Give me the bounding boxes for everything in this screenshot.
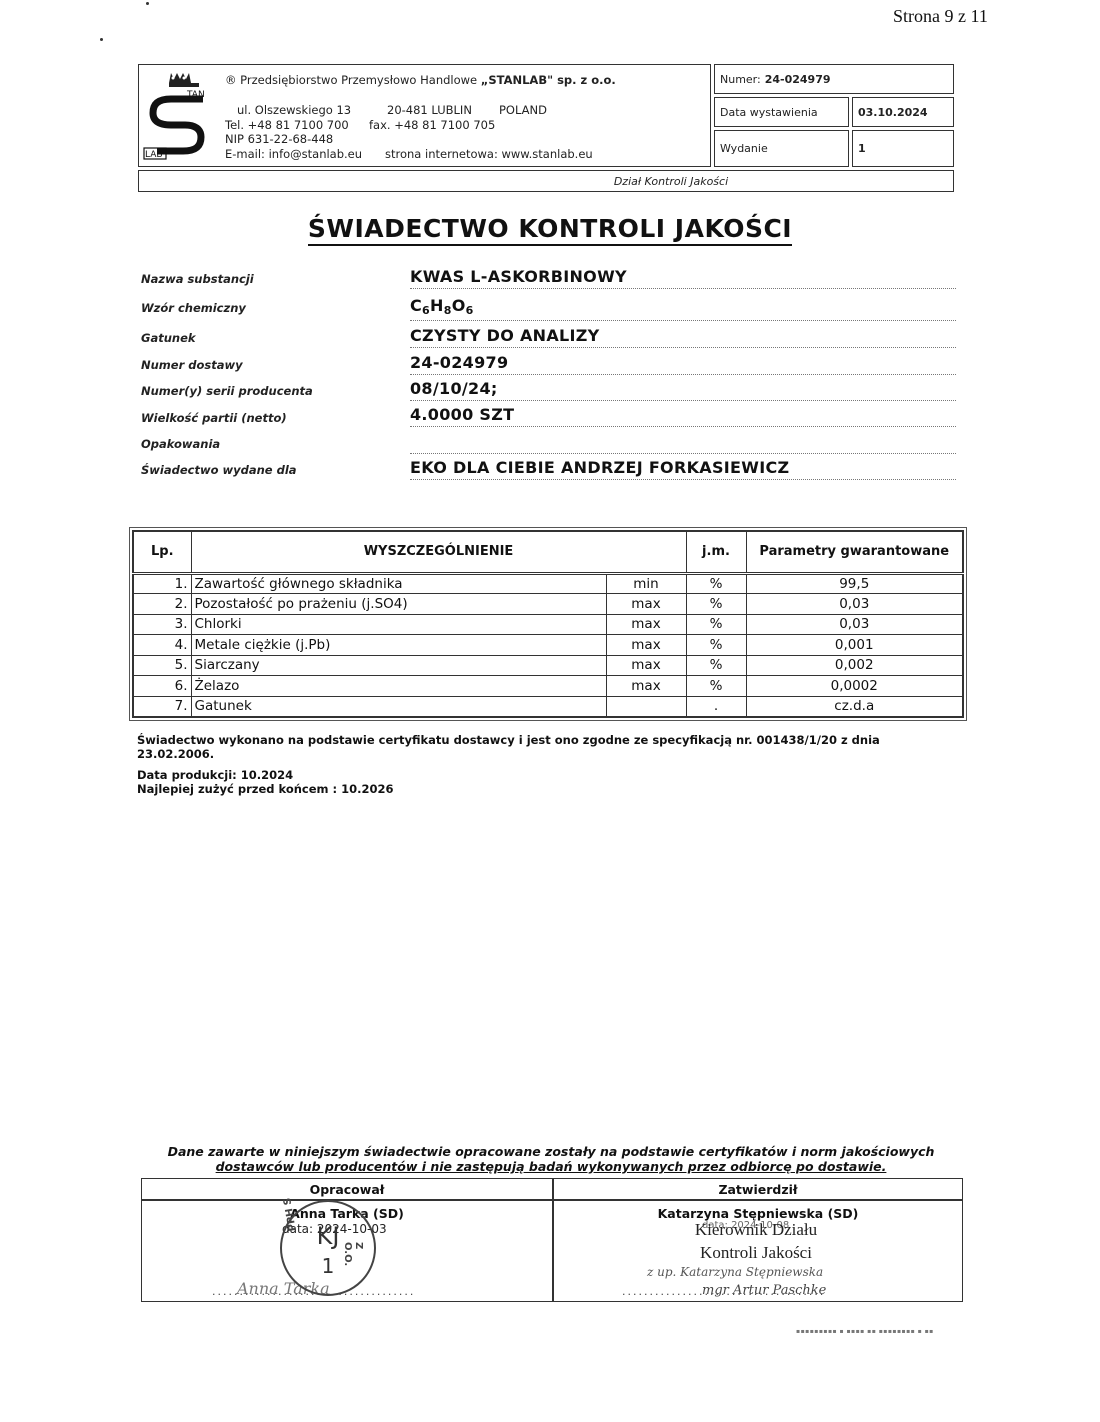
- number-value: 24-024979: [765, 73, 831, 86]
- prepared-by-header: Opracował: [142, 1179, 552, 1201]
- certificate-basis-note: Świadectwo wykonano na podstawie certyfi…: [137, 733, 880, 747]
- table-row: 7.Gatunek.cz.d.a: [133, 696, 963, 717]
- row-unit: %: [686, 676, 746, 697]
- row-unit: %: [686, 614, 746, 635]
- signature-table: Opracował Zatwierdził Anna Tarka (SD) da…: [141, 1178, 963, 1302]
- field-label-lot-size: Wielkość partii (netto): [141, 411, 287, 425]
- department-bar: Dział Kontroli Jakości: [138, 170, 954, 192]
- formula-subscript: 6: [466, 304, 474, 317]
- column-divider: [552, 1179, 554, 1301]
- stanlab-logo-icon: TAN LAB: [143, 69, 211, 161]
- edition-value: 1: [852, 130, 954, 167]
- field-value-delivery-number: 24-024979: [410, 353, 956, 375]
- field-label-issued-for: Świadectwo wydane dla: [141, 463, 297, 477]
- company-name: ® Przedsiębiorstwo Przemysłowo Handlowe …: [225, 73, 616, 87]
- document-meta: Numer:24-024979 Data wystawienia 03.10.2…: [714, 64, 954, 167]
- approved-by-name: Katarzyna Stępniewska (SD): [554, 1206, 962, 1221]
- approved-signer: mgr Artur Paschke: [702, 1283, 826, 1298]
- row-lp: 2.: [133, 594, 191, 615]
- col-header-params: Parametry gwarantowane: [746, 531, 963, 573]
- row-limit: max: [606, 635, 686, 656]
- approved-by-header: Zatwierdził: [554, 1179, 962, 1201]
- row-lp: 7.: [133, 696, 191, 717]
- city: 20-481 LUBLIN: [387, 103, 499, 117]
- edition-label: Wydanie: [714, 130, 849, 167]
- row-lp: 4.: [133, 635, 191, 656]
- row-limit: min: [606, 573, 686, 594]
- table-row: 5.Siarczanymax%0,002: [133, 655, 963, 676]
- stamp-arc-right: Z O.O.: [342, 1242, 364, 1266]
- manager-title-line-2: Kontroli Jakości: [550, 1243, 962, 1263]
- field-value-grade: CZYSTY DO ANALIZY: [410, 326, 956, 348]
- phone: Tel. +48 81 7100 700: [225, 118, 369, 132]
- page-title: ŚWIADECTWO KONTROLI JAKOŚCI: [0, 214, 1100, 243]
- table-row: 4.Metale ciężkie (j.Pb)max%0,001: [133, 635, 963, 656]
- row-description: Żelazo: [191, 676, 606, 697]
- certificate-basis-date: 23.02.2006.: [137, 747, 214, 761]
- disclaimer: Dane zawarte w niniejszym świadectwie op…: [138, 1144, 964, 1174]
- col-header-description: WYSZCZEGÓLNIENIE: [191, 531, 686, 573]
- website-link[interactable]: strona internetowa: www.stanlab.eu: [385, 147, 593, 161]
- formula-element: O: [452, 296, 466, 315]
- field-value-batch-numbers: 08/10/24;: [410, 379, 956, 401]
- number-label: Numer:: [720, 73, 761, 86]
- field-value-issued-for: EKO DLA CIEBIE ANDRZEJ FORKASIEWICZ: [410, 458, 956, 480]
- company-header: TAN LAB ® Przedsiębiorstwo Przemysłowo H…: [138, 64, 711, 167]
- phone-line: Tel. +48 81 7100 700fax. +48 81 7100 705: [225, 118, 495, 132]
- field-value-lot-size: 4.0000 SZT: [410, 405, 956, 427]
- row-lp: 5.: [133, 655, 191, 676]
- row-limit: max: [606, 655, 686, 676]
- row-description: Chlorki: [191, 614, 606, 635]
- row-lp: 3.: [133, 614, 191, 635]
- table-header-row: Lp. WYSZCZEGÓLNIENIE j.m. Parametry gwar…: [133, 531, 963, 573]
- print-stamp: ▪▪▪▪▪▪▪▪▪ ▪ ▪▪▪▪ ▪▪ ▪▪▪▪▪▪▪▪ ▪ ▪▪: [796, 1328, 934, 1335]
- row-unit: %: [686, 655, 746, 676]
- col-header-lp: Lp.: [133, 531, 191, 573]
- row-value: 99,5: [746, 573, 963, 594]
- manager-title-line-1: Kierownik Działu: [550, 1220, 962, 1240]
- field-label-substance: Nazwa substancji: [141, 272, 254, 286]
- row-value: 0,002: [746, 655, 963, 676]
- row-value: 0,03: [746, 594, 963, 615]
- table-row: 2.Pozostałość po prażeniu (j.SO4)max%0,0…: [133, 594, 963, 615]
- field-label-packaging: Opakowania: [141, 437, 220, 451]
- scan-speck: [100, 38, 103, 41]
- field-value-substance: KWAS L-ASKORBINOWY: [410, 267, 956, 289]
- row-unit: %: [686, 635, 746, 656]
- row-limit: [606, 696, 686, 717]
- row-limit: max: [606, 614, 686, 635]
- row-unit: %: [686, 594, 746, 615]
- svg-text:TAN: TAN: [186, 90, 205, 100]
- nip: NIP 631-22-68-448: [225, 132, 333, 146]
- table-row: 6.Żelazomax%0,0002: [133, 676, 963, 697]
- row-value: cz.d.a: [746, 696, 963, 717]
- address-line: ul. Olszewskiego 1320-481 LUBLINPOLAND: [237, 103, 547, 117]
- col-header-unit: j.m.: [686, 531, 746, 573]
- formula-element: H: [430, 296, 444, 315]
- row-lp: 6.: [133, 676, 191, 697]
- formula-element: C: [410, 296, 422, 315]
- row-description: Zawartość głównego składnika: [191, 573, 606, 594]
- field-label-batch-numbers: Numer(y) serii producenta: [141, 384, 313, 398]
- issue-date-value: 03.10.2024: [852, 97, 954, 127]
- formula-subscript: 6: [422, 304, 430, 317]
- scan-speck: [146, 2, 149, 5]
- country: POLAND: [499, 103, 547, 117]
- street: ul. Olszewskiego 13: [237, 103, 387, 117]
- field-value-formula: C6H8O6: [410, 296, 956, 321]
- production-date: Data produkcji: 10.2024: [137, 768, 293, 782]
- formula-subscript: 8: [444, 304, 452, 317]
- page-number: Strona 9 z 11: [893, 6, 988, 27]
- row-unit: %: [686, 573, 746, 594]
- handwritten-note: z up. Katarzyna Stępniewska: [647, 1265, 823, 1279]
- disclaimer-line-2: dostawców lub producentów i nie zastępuj…: [138, 1159, 964, 1174]
- row-lp: 1.: [133, 573, 191, 594]
- email-link[interactable]: E-mail: info@stanlab.eu: [225, 147, 385, 161]
- row-value: 0,03: [746, 614, 963, 635]
- row-value: 0,001: [746, 635, 963, 656]
- row-unit: .: [686, 696, 746, 717]
- fax: fax. +48 81 7100 705: [369, 118, 495, 132]
- specification-table: Lp. WYSZCZEGÓLNIENIE j.m. Parametry gwar…: [132, 530, 964, 718]
- row-limit: max: [606, 594, 686, 615]
- company-stamp: KJ 1 PPH S Z O.O.: [280, 1200, 376, 1296]
- row-description: Pozostałość po prażeniu (j.SO4): [191, 594, 606, 615]
- disclaimer-line-1: Dane zawarte w niniejszym świadectwie op…: [138, 1144, 964, 1159]
- best-before-date: Najlepiej zużyć przed końcem : 10.2026: [137, 782, 394, 796]
- company-prefix: ® Przedsiębiorstwo Przemysłowo Handlowe: [225, 73, 481, 87]
- field-value-packaging: [410, 432, 956, 454]
- row-limit: max: [606, 676, 686, 697]
- page-title-text: ŚWIADECTWO KONTROLI JAKOŚCI: [308, 214, 792, 246]
- field-label-grade: Gatunek: [141, 331, 196, 345]
- field-label-delivery-number: Numer dostawy: [141, 358, 243, 372]
- table-row: 1.Zawartość głównego składnikamin%99,5: [133, 573, 963, 594]
- row-description: Gatunek: [191, 696, 606, 717]
- row-value: 0,0002: [746, 676, 963, 697]
- table-row: 3.Chlorkimax%0,03: [133, 614, 963, 635]
- row-description: Siarczany: [191, 655, 606, 676]
- document-number: Numer:24-024979: [714, 64, 954, 94]
- field-label-formula: Wzór chemiczny: [141, 301, 246, 315]
- company-brand: „STANLAB" sp. z o.o.: [481, 73, 616, 87]
- row-description: Metale ciężkie (j.Pb): [191, 635, 606, 656]
- contact-line: E-mail: info@stanlab.eustrona internetow…: [225, 147, 593, 161]
- issue-date-label: Data wystawienia: [714, 97, 849, 127]
